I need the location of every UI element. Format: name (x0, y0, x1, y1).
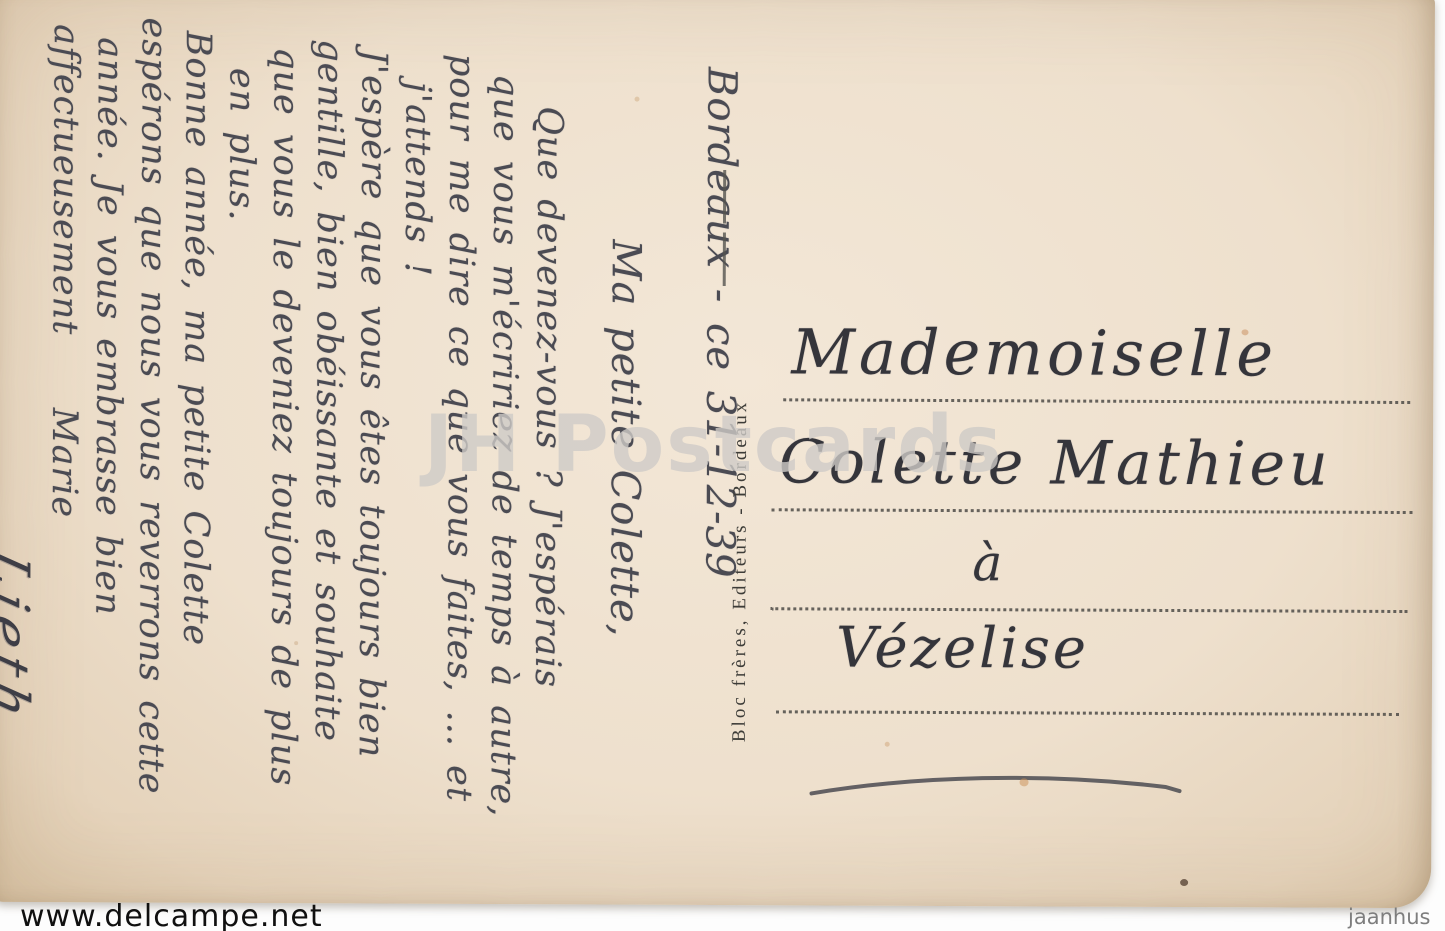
address-preposition: à (972, 534, 1002, 592)
address-rule-3 (770, 607, 1407, 613)
pen-flourish-icon (805, 769, 1189, 805)
message-line: année. Je vous embrasse bien (82, 37, 130, 918)
address-locality: Vézelise (836, 616, 1089, 682)
address-rule-2 (772, 508, 1413, 514)
message-line: Que devenez-vous ? J'espérais (522, 106, 570, 920)
message-line: j'attends ! (390, 82, 438, 920)
age-spot (885, 742, 890, 747)
signature-flourish: Lieth (0, 545, 40, 925)
watermark: JH Postcards (424, 400, 1004, 490)
message-line: gentille, bien obéissante et souhaite (302, 39, 350, 919)
message-line: J'espère que vous êtes toujours bien (346, 49, 394, 919)
age-spot (1242, 329, 1249, 335)
credit-left: www.delcampe.net (20, 899, 323, 931)
address-rule-4 (776, 710, 1399, 716)
message-line: en plus. (214, 68, 262, 919)
message-line: espérons que nous vous reverrons cette (126, 17, 174, 918)
credit-right: jaanhus (1348, 905, 1430, 929)
message-line: que vous m'écririez de temps à autre, (478, 74, 526, 920)
divider-line (723, 170, 727, 286)
publisher-imprint: Bloc frères, Editeurs - Bordeaux (729, 306, 757, 742)
message-line: Bonne année, ma petite Colette (170, 31, 218, 919)
age-spot (1020, 778, 1029, 786)
address-recipient-title: Mademoiselle (791, 315, 1277, 390)
message-line: Ma petite Colette, (566, 239, 649, 920)
age-spot (635, 97, 640, 102)
age-spot (294, 641, 298, 645)
age-spot (1180, 879, 1188, 886)
message-line: que vous le deveniez toujours de plus (258, 47, 306, 919)
postcard-scan: Bordeaux - ce 31-12-39Ma petite Colette,… (0, 0, 1445, 931)
message-line: affectueusement Marie (38, 24, 86, 918)
